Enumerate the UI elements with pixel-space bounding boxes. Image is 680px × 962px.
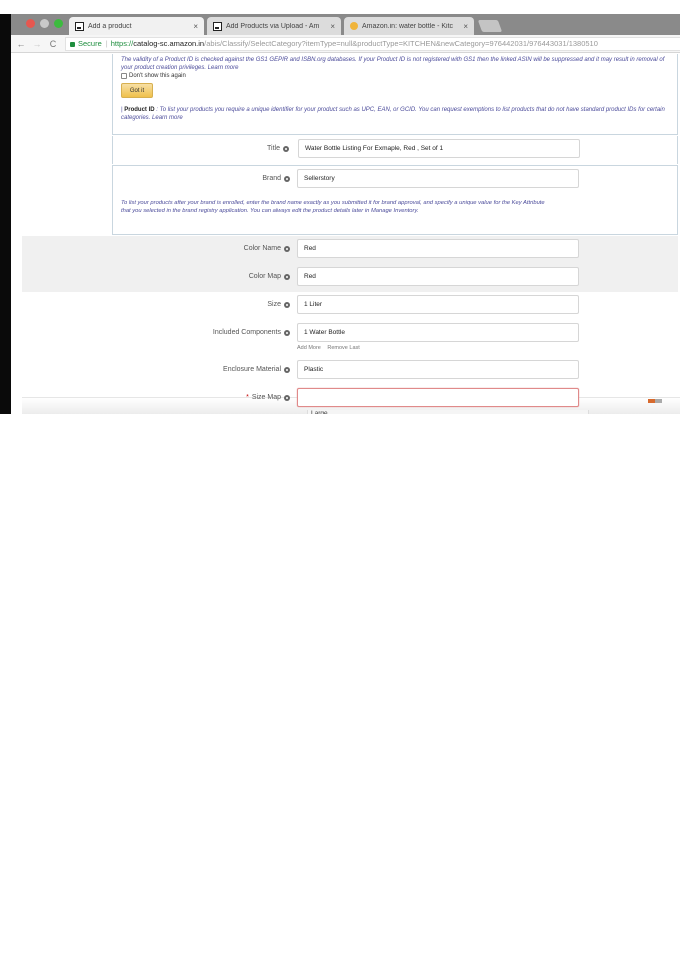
enclosure-material-input[interactable]: Plastic (297, 360, 579, 379)
url-input[interactable]: Secure | https:// catalog-sc.amazon.in /… (65, 37, 680, 51)
new-tab-button[interactable] (478, 20, 502, 32)
reload-icon[interactable]: C (47, 39, 59, 49)
size-map-suggestions: Large Medium (307, 410, 589, 414)
forward-icon[interactable]: → (31, 39, 43, 49)
product-id-heading: Product ID (124, 107, 154, 113)
color-name-row: Color Name Red (112, 236, 678, 264)
size-label-text: Size (267, 301, 281, 308)
close-tab-icon[interactable]: × (330, 22, 335, 31)
maximize-window-icon[interactable] (54, 19, 63, 28)
info-icon[interactable] (284, 367, 290, 373)
close-tab-icon[interactable]: × (463, 22, 468, 31)
title-input[interactable]: Water Bottle Listing For Exmaple, Red , … (298, 139, 580, 158)
brand-input[interactable]: Sellerstory (297, 169, 579, 188)
tab-label: Add Products via Upload - Am (226, 23, 326, 30)
amazon-favicon-icon (350, 22, 358, 30)
suggestion-large[interactable]: Large (311, 410, 588, 414)
info-icon[interactable] (283, 146, 289, 152)
info-icon[interactable] (284, 246, 290, 252)
title-label-text: Title (267, 145, 280, 152)
product-id-text: : To list your products you require a un… (121, 107, 665, 121)
url-host: catalog-sc.amazon.in (133, 39, 204, 48)
add-remove-links: Add More Remove Last (297, 345, 365, 351)
learn-more-link[interactable]: Learn more (208, 65, 239, 71)
brand-panel: Brand Sellerstory To list your products … (112, 165, 678, 235)
tab-label: Amazon.in: water bottle - Kitc (362, 23, 459, 30)
minimize-window-icon[interactable] (40, 19, 49, 28)
size-map-label: * Size Map (246, 394, 290, 401)
address-bar: ← → C Secure | https:// catalog-sc.amazo… (11, 35, 680, 53)
title-row: Title Water Bottle Listing For Exmaple, … (112, 136, 678, 164)
info-icon[interactable] (284, 302, 290, 308)
back-icon[interactable]: ← (15, 39, 27, 49)
close-window-icon[interactable] (26, 19, 35, 28)
info-icon[interactable] (284, 274, 290, 280)
seller-central-favicon-icon (75, 22, 84, 31)
enclosure-material-label-text: Enclosure Material (223, 366, 281, 373)
size-row: Size 1 Liter (112, 292, 678, 320)
color-map-row: Color Map Red (112, 264, 678, 292)
corner-widget-icon[interactable] (648, 399, 662, 403)
add-more-link[interactable]: Add More (297, 345, 321, 351)
color-map-label-text: Color Map (249, 273, 281, 280)
size-label: Size (267, 301, 290, 308)
title-label: Title (267, 145, 289, 152)
brand-label: Brand (262, 175, 290, 182)
learn-more-link[interactable]: Learn more (152, 115, 183, 121)
page-content: The validity of a Product ID is checked … (11, 54, 680, 414)
gs1-validity-notice: The validity of a Product ID is checked … (121, 56, 669, 72)
url-path: /abis/Classify/SelectCategory?itemType=n… (204, 39, 598, 48)
info-icon[interactable] (284, 395, 290, 401)
color-map-label: Color Map (249, 273, 290, 280)
brand-row: Brand Sellerstory (112, 166, 678, 194)
size-map-input[interactable] (297, 388, 579, 407)
tab-label: Add a product (88, 23, 189, 30)
size-input[interactable]: 1 Liter (297, 295, 579, 314)
brand-registry-note: To list your products after your brand i… (121, 200, 551, 215)
remove-last-link[interactable]: Remove Last (327, 345, 359, 351)
included-components-label: Included Components (213, 329, 290, 336)
tab-add-products-via-upload[interactable]: Add Products via Upload - Am × (207, 17, 341, 35)
color-map-input[interactable]: Red (297, 267, 579, 286)
brand-label-text: Brand (262, 175, 281, 182)
color-name-input[interactable]: Red (297, 239, 579, 258)
size-map-label-text: Size Map (252, 394, 281, 401)
product-id-note: | Product ID : To list your products you… (121, 106, 669, 122)
enclosure-material-row: Enclosure Material Plastic (112, 357, 678, 385)
dont-show-again-checkbox[interactable] (121, 73, 127, 79)
close-tab-icon[interactable]: × (193, 22, 198, 31)
required-marker: * (246, 394, 249, 401)
dont-show-again-row: Don't show this again (121, 73, 669, 79)
info-icon[interactable] (284, 176, 290, 182)
url-scheme: https:// (111, 39, 134, 48)
left-bezel (0, 14, 11, 414)
lock-icon (70, 42, 75, 47)
included-components-label-text: Included Components (213, 329, 281, 336)
color-name-label-text: Color Name (244, 245, 281, 252)
seller-central-favicon-icon (213, 22, 222, 31)
size-map-row: * Size Map (112, 385, 678, 413)
info-icon[interactable] (284, 330, 290, 336)
separator: | (106, 39, 108, 48)
enclosure-material-label: Enclosure Material (223, 366, 290, 373)
included-components-input[interactable]: 1 Water Bottle (297, 323, 579, 342)
tab-amazon-water-bottle[interactable]: Amazon.in: water bottle - Kitc × (344, 17, 474, 35)
product-id-notice: The validity of a Product ID is checked … (112, 54, 678, 135)
tab-add-a-product[interactable]: Add a product × (69, 17, 204, 35)
color-name-label: Color Name (244, 245, 290, 252)
browser-tab-bar: Add a product × Add Products via Upload … (11, 14, 680, 35)
dont-show-again-label: Don't show this again (129, 73, 186, 79)
screen: Add a product × Add Products via Upload … (0, 14, 680, 414)
included-components-row: Included Components 1 Water Bottle (112, 320, 678, 348)
secure-label: Secure (78, 39, 102, 48)
gs1-notice-text: The validity of a Product ID is checked … (121, 57, 664, 71)
got-it-button[interactable]: Got it (121, 83, 153, 98)
